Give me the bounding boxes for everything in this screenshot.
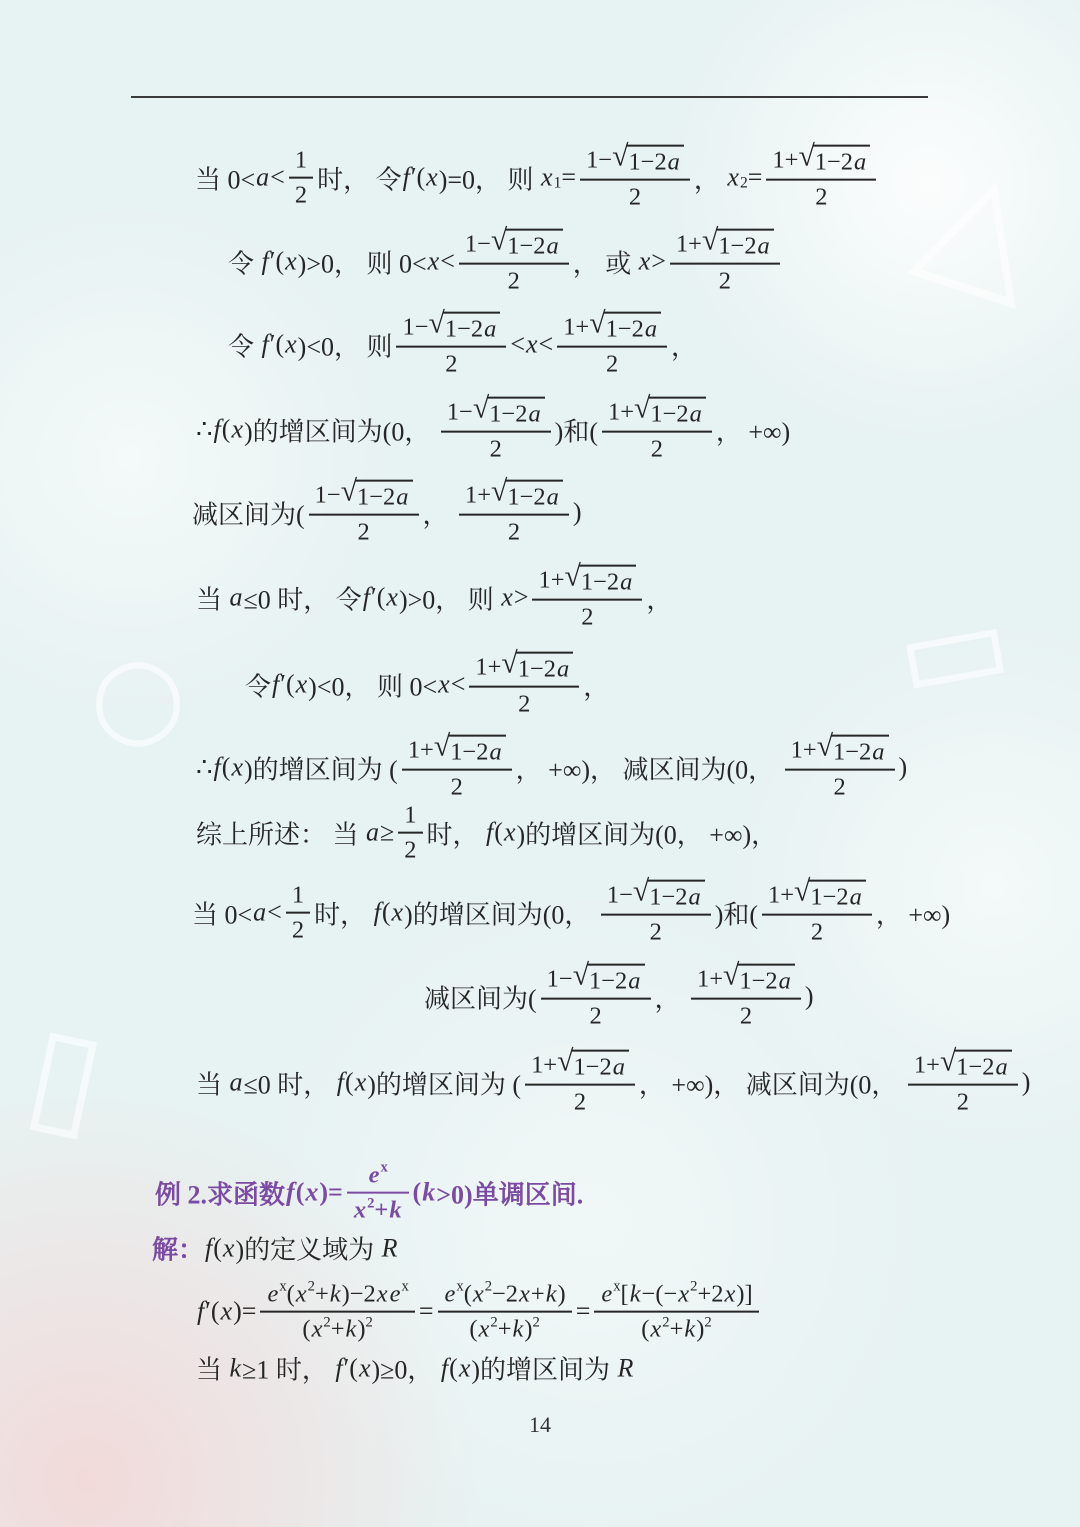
fraction-denominator: 2 [512,688,536,718]
radicand: 1−2a [648,397,705,428]
math-variable: x [311,1316,324,1343]
text-run: ′( [344,1353,358,1383]
text-run: + [315,1281,329,1308]
text-run: 当 0< [192,895,252,932]
sqrt-radical: √1−2a [565,565,637,596]
text-run: 1−2 [450,739,488,766]
text-run: )] [736,1281,752,1308]
text-run: 令 [228,244,261,281]
text-run: 1 [292,882,304,909]
math-variable: k [329,1281,342,1308]
fraction: ex(x2+k)−2xex(x2+k)2 [260,1281,414,1344]
radicand: 1−2a [813,145,870,176]
fraction-denominator: 2 [645,433,669,463]
line-example-2: 例 2.求函数f(x)=exx2+k(k>0)单调区间. [155,1162,583,1225]
text-run: 1−2 [357,484,395,511]
line-increase-intervals: ∴f(x)的增区间为(0， 1−√1−2a2)和(1+√1−2a2， +∞) [196,397,790,464]
text-run: ( [382,898,391,928]
math-variable: x [304,1178,319,1208]
document-page: △ ○ ▭ ▯ 当 0<a<12时， 令f′(x)=0， 则 x1=1−√1−2… [0,0,1080,1527]
text-run: 1− [465,231,491,258]
text-run: )的定义域为 [235,1230,380,1267]
text-run: 1+ [768,882,794,909]
math-variable: f [271,670,280,700]
sqrt-radical: √1−2a [723,964,795,995]
math-variable: f [261,330,270,360]
text-run: > [514,583,529,613]
sqrt-radical: √1−2a [612,145,684,176]
fraction: 12 [289,147,313,210]
line-decrease-interval: 减区间为(1−√1−2a2， 1+√1−2a2) [192,480,582,547]
math-variable: x [677,1281,690,1308]
fraction: 1−√1−2a2 [580,145,690,212]
math-variable: x [295,670,309,700]
superscript: 2 [308,1279,315,1295]
math-variable: a [546,484,560,511]
radicand: 1−2a [604,312,661,343]
text-run: 2 [651,436,663,463]
math-variable: k [545,1281,558,1308]
math-variable: x [478,1316,491,1343]
fraction-numerator: 1−√1−2a [441,397,551,433]
text-run: > [651,247,666,277]
text-run: < [510,330,525,360]
math-variable: x [472,1281,485,1308]
math-variable: x [284,247,298,277]
fraction-denominator: 2 [484,433,508,463]
math-variable: x [503,818,517,848]
text-run: ) [524,1316,532,1343]
text-run: ) [1022,1068,1031,1098]
text-run: ∴ [196,415,213,445]
text-run: 减区间为( [192,495,305,532]
fraction-denominator: 2 [351,516,375,546]
math-variable: a [252,898,267,928]
radical-sign-icon: √ [634,394,650,424]
line-fprime-neg: 令 f′(x)<0， 则1−√1−2a2<x<1+√1−2a2， [228,312,697,379]
math-variable: x [638,247,652,277]
fraction-denominator: (x2+k)2 [463,1313,545,1343]
math-variable: f [485,818,494,848]
text-run: )<0， 则 0< [308,667,437,704]
text-run: 2 [508,519,520,546]
math-variable: k [229,1353,243,1383]
radical-sign-icon: √ [491,477,507,507]
radical-sign-icon: √ [557,1047,573,1077]
text-run: 1−2 [650,401,688,428]
radicand: 1−2a [516,652,573,683]
subscript: 1 [554,174,562,192]
line-derivative-formula: f′(x)=ex(x2+k)−2xex(x2+k)2=ex(x2−2x+k)(x… [196,1281,763,1344]
text-run: ′( [371,583,385,613]
sqrt-radical: √1−2a [491,480,563,511]
radicand: 1−2a [647,880,704,911]
math-variable: a [229,1068,244,1098]
text-run: 2 [490,436,502,463]
math-variable: a [757,233,771,260]
text-run: 2 [451,774,463,801]
text-run: 1−2 [628,149,666,176]
math-variable: a [689,401,703,428]
line-summary-1: 综上所述： 当 a≥12时， f(x)的增区间为(0， +∞)， [196,802,777,865]
superscript: 2 [367,1195,374,1211]
text-run: = [561,163,576,193]
text-run: 1+ [676,231,702,258]
math-variable: x [540,163,554,193]
text-run: ， +∞)， 减区间为(0， [639,1065,904,1102]
text-run: )的增区间为(0， +∞)， [516,815,777,852]
text-run: 1−2 [739,968,777,995]
radical-sign-icon: √ [434,732,450,762]
math-variable: x [723,1281,736,1308]
text-run: = [748,163,763,193]
fraction-numerator: ex(x2+k)−2xex [260,1281,414,1313]
text-run: 2 [357,519,369,546]
text-run: + [670,1316,684,1343]
text-run: 时， 令 [317,160,402,197]
text-run: 1−2 [507,484,545,511]
fraction-denominator: 2 [502,516,526,546]
math-variable: x [518,1281,531,1308]
math-variable: x [458,1353,472,1383]
text-run: + [331,1316,345,1343]
text-run: 1+ [608,399,634,426]
math-variable: k [629,1281,642,1308]
fraction: 12 [398,802,422,865]
fraction: 1+√1−2a2 [670,229,780,296]
math-variable: a [483,316,497,343]
math-variable: x [390,898,404,928]
text-run: )和( [555,412,598,449]
text-run: )的增区间为(0， [244,412,437,449]
superscript: x [279,1279,286,1295]
text-run: 减区间为( [424,979,537,1016]
math-variable: k [683,1316,696,1343]
text-run: )=0， 则 [439,160,540,197]
fraction-numerator: 1−√1−2a [580,145,690,181]
text-run: 2 [740,1003,752,1030]
text-run: < [440,247,455,277]
text-run: 2 [404,837,416,864]
superscript: x [613,1279,620,1295]
text-run: 例 2.求函数 [155,1175,285,1212]
text-run: 1−2 [589,968,627,995]
math-variable: e [600,1281,613,1308]
text-run: )−2 [342,1281,376,1308]
fraction-numerator: 1−√1−2a [459,229,569,265]
fraction: 1+√1−2a2 [469,652,579,719]
math-variable: a [778,968,792,995]
line-summary-2b: 减区间为(1−√1−2a2， 1+√1−2a2) [424,964,814,1031]
math-variable: a [488,739,502,766]
text-run: 2 [292,917,304,944]
radical-sign-icon: √ [501,649,517,679]
text-run: ′( [280,670,294,700]
fraction: 1−√1−2a2 [396,312,506,379]
radical-sign-icon: √ [633,877,649,907]
fraction-numerator: 1+√1−2a [525,1050,635,1086]
math-variable: a [619,569,633,596]
fraction: 1−√1−2a2 [459,229,569,296]
radicand: 1−2a [954,1050,1011,1081]
text-run: 1+ [791,737,817,764]
line-summary-2: 当 0<a<12时， f(x)的增区间为(0， 1−√1−2a2)和(1+√1−… [192,880,950,947]
fraction: ex[k−(−x2+2x)](x2+k)2 [594,1281,758,1344]
fraction-numerator: 1−√1−2a [309,480,419,516]
math-variable: x [649,1316,662,1343]
line-fprime-pos: 令 f′(x)>0， 则 0<x<1−√1−2a2， 或 x>1+√1−2a2 [228,229,784,296]
text-run: 令 [245,667,271,704]
text-run: = [419,1297,434,1327]
text-run: 2 [574,1089,586,1116]
text-run: 2 [581,604,593,631]
math-variable: a [365,818,380,848]
fraction: 1+√1−2a2 [402,735,512,802]
line-summary-3: 当 a≤0 时， f(x)的增区间为 (1+√1−2a2， +∞)， 减区间为(… [196,1050,1030,1117]
text-run: )的增区间为 [471,1350,616,1387]
fraction-numerator: 1+√1−2a [532,565,642,601]
fraction-numerator: 1+√1−2a [908,1050,1018,1086]
text-run: ( [287,1281,295,1308]
text-run: 1−2 [445,316,483,343]
text-run: 当 0< [195,160,255,197]
sqrt-radical: √1−2a [429,312,501,343]
text-run: 1− [402,314,428,341]
radicand: 1−2a [448,735,505,766]
text-run: 1− [447,399,473,426]
text-run: 2 [833,774,845,801]
sqrt-radical: √1−2a [794,880,866,911]
text-run: ， 或 [573,244,638,281]
fraction-denominator: 2 [398,834,422,864]
fraction-numerator: ex(x2−2x+k) [438,1281,572,1313]
math-variable: a [871,739,885,766]
text-run: ′( [205,1297,219,1327]
text-run: )的增区间为 ( [244,750,398,787]
text-run: )的增区间为(0， [404,895,597,932]
sqrt-radical: √1−2a [473,397,545,428]
fraction-denominator: 2 [805,916,829,946]
text-run: ′( [270,330,284,360]
math-variable: x [220,1297,234,1327]
text-run: ′( [270,247,284,277]
math-variable: x [222,1233,236,1263]
superscript: 2 [366,1314,373,1330]
sqrt-radical: √1−2a [341,480,413,511]
math-variable: a [229,583,244,613]
math-variable: f [334,1353,343,1383]
text-run: )>0， 则 [399,580,500,617]
radicand: 1−2a [355,480,412,511]
text-run: 2 [518,691,530,718]
math-variable: a [255,163,270,193]
sqrt-radical: √1−2a [702,229,774,260]
radicand: 1−2a [443,312,500,343]
text-run: ， [423,495,456,532]
text-run: ≥ [380,818,394,848]
math-variable: f [402,163,411,193]
text-run: ( [213,1233,222,1263]
text-run: ( [413,1178,422,1208]
text-run: )的增区间为 ( [367,1065,521,1102]
fraction-denominator: 2 [286,914,310,944]
text-run: ) [899,753,908,783]
radicand: 1−2a [716,229,773,260]
fraction: 1+√1−2a2 [557,312,667,379]
math-variable: k [345,1316,358,1343]
radicand: 1−2a [626,145,683,176]
text-run: 当 [196,1350,229,1387]
text-run: 2 [811,919,823,946]
fraction-numerator: 1−√1−2a [541,964,651,1000]
math-variable: x [525,330,539,360]
text-run: ≤0 时， 令 [244,580,362,617]
text-run: ( [641,1316,649,1343]
math-variable: a [527,401,541,428]
text-run: 1−2 [606,316,644,343]
line-case-a-nonpos-intervals: ∴f(x)的增区间为 (1+√1−2a2， +∞)， 减区间为(0， 1+√1−… [196,735,907,802]
fraction: 1+√1−2a2 [525,1050,635,1117]
radical-sign-icon: √ [702,226,718,256]
text-run: 1− [586,147,612,174]
math-variable: a [395,484,409,511]
text-run: + [374,1197,388,1224]
text-run: 综上所述： 当 [196,815,365,852]
line-case-a-nonpos-neg: 令f′(x)<0， 则 0<x<1+√1−2a2， [245,652,609,719]
math-variable: x [726,163,740,193]
text-run: + [498,1316,512,1343]
superscript: x [380,1160,387,1176]
fraction-denominator: 2 [583,1000,607,1030]
text-run: 1+ [914,1052,940,1079]
text-run: 1−2 [833,739,871,766]
text-run: +2 [697,1281,723,1308]
math-variable: a [667,149,681,176]
text-run: 1−2 [573,1054,611,1081]
fraction-denominator: 2 [568,1086,592,1116]
text-run: −(− [642,1281,678,1308]
math-variable: x [437,670,451,700]
math-variable: f [213,415,222,445]
sqrt-radical: √1−2a [634,397,706,428]
text-run: 2 [957,1089,969,1116]
page-number: 14 [0,1412,1080,1438]
fraction-denominator: 2 [439,348,463,378]
text-run: ) [357,1316,365,1343]
math-variable: f [261,247,270,277]
text-run: 1 [295,147,307,174]
radicand: 1−2a [831,735,888,766]
math-variable: a [853,149,867,176]
radical-sign-icon: √ [940,1047,956,1077]
radicand: 1−2a [487,397,544,428]
fraction: exx2+k [347,1162,409,1225]
text-run: 当 [196,580,229,617]
text-run: ( [469,1316,477,1343]
fraction-denominator: 2 [644,916,668,946]
text-run: 1+ [772,147,798,174]
fraction-denominator: 2 [445,771,469,801]
fraction-denominator: 2 [827,771,851,801]
math-variable: a [995,1054,1009,1081]
math-variable: a [687,884,701,911]
text-run: 当 [196,1065,229,1102]
text-run: ) [696,1316,704,1343]
fraction: 1+√1−2a2 [459,480,569,547]
text-run: ， +∞)， 减区间为(0， [516,750,781,787]
radical-sign-icon: √ [723,961,739,991]
math-variable: f [362,583,371,613]
text-run: ′( [411,163,425,193]
text-run: )<0， 则 [298,327,393,364]
fraction-numerator: 1 [289,147,313,179]
text-run: ( [345,1068,354,1098]
radical-sign-icon: √ [798,142,814,172]
text-run: 2 [295,182,307,209]
text-run: 2 [589,1003,601,1030]
sqrt-radical: √1−2a [589,312,661,343]
text-run: 时， [314,895,373,932]
fraction: 1−√1−2a2 [309,480,419,547]
text-run: 1−2 [581,569,619,596]
superscript: 2 [704,1314,711,1330]
math-variable: f [204,1233,213,1263]
fraction: 1−√1−2a2 [541,964,651,1031]
text-run: 1+ [563,314,589,341]
radical-sign-icon: √ [341,477,357,507]
fraction-numerator: 1+√1−2a [602,397,712,433]
fraction: 1+√1−2a2 [691,964,801,1031]
fraction-denominator: 2 [600,348,624,378]
text-run: ， [655,979,688,1016]
fraction: 1+√1−2a2 [762,880,872,947]
text-run: ， [583,667,609,704]
text-run: ( [464,1281,472,1308]
text-run: = [576,1297,591,1327]
fraction-denominator: 2 [809,181,833,211]
sqrt-radical: √1−2a [501,652,573,683]
text-run: 令 [228,327,261,364]
line-solution-domain: 解：f(x)的定义域为 R [152,1230,399,1267]
math-variable: x [376,1281,389,1308]
text-run: 2 [508,268,520,295]
math-variable: f [336,1068,345,1098]
text-run: 1−2 [815,149,853,176]
text-run: ≥1 时， [242,1350,334,1387]
text-run: ( [494,818,503,848]
text-run: ∴ [196,753,213,783]
superscript: x [402,1279,409,1295]
fraction-numerator: 1+√1−2a [469,652,579,688]
text-run: 1−2 [489,401,527,428]
text-run: 1− [547,966,573,993]
fraction-numerator: 1+√1−2a [691,964,801,1000]
math-variable: a [545,233,559,260]
text-run: ≤0 时， [244,1065,336,1102]
superscript: 2 [532,1314,539,1330]
fraction-numerator: 1+√1−2a [402,735,512,771]
math-variable: R [617,1353,635,1383]
text-run: ， [694,160,727,197]
text-run: 时， [427,815,486,852]
fraction-numerator: 1+√1−2a [762,880,872,916]
superscript: 2 [485,1279,492,1295]
math-variable: f [373,898,382,928]
superscript: 2 [323,1314,330,1330]
fraction-numerator: ex [347,1162,409,1194]
radical-sign-icon: √ [573,961,589,991]
line-case2-roots: 当 0<a<12时， 令f′(x)=0， 则 x1=1−√1−2a2， x2=1… [195,145,880,212]
